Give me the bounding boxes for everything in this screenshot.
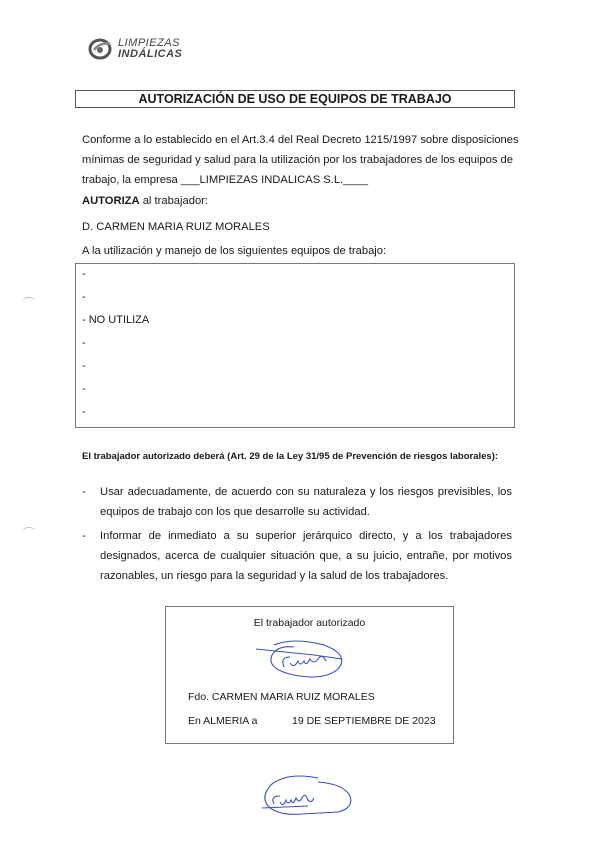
duty-text: Informar de inmediato a su superior jerá… bbox=[100, 526, 512, 586]
duty-dash: - bbox=[82, 526, 86, 546]
signed-by: Fdo. CARMEN MARIA RUIZ MORALES bbox=[188, 691, 375, 703]
equipment-item: - bbox=[82, 291, 86, 303]
equipment-item: - bbox=[82, 383, 86, 395]
equipment-intro: A la utilización y manejo de los siguien… bbox=[82, 245, 386, 257]
duty-dash: - bbox=[82, 482, 86, 502]
signature-date: 19 DE SEPTIEMBRE DE 2023 bbox=[292, 715, 436, 727]
company-logo: LIMPIEZAS INDÁLICAS bbox=[88, 38, 182, 60]
company-field: ___LIMPIEZAS INDALICAS S.L.____ bbox=[181, 174, 368, 186]
equipment-item: - bbox=[82, 360, 86, 372]
worker-name: D. CARMEN MARIA RUIZ MORALES bbox=[82, 221, 270, 233]
duty-item: - Informar de inmediato a su superior je… bbox=[82, 526, 512, 586]
logo-line2: INDÁLICAS bbox=[118, 49, 182, 60]
punch-hole bbox=[22, 297, 36, 306]
authorize-rest: al trabajador: bbox=[140, 195, 208, 207]
punch-hole bbox=[22, 527, 36, 536]
signature-box: El trabajador autorizado Fdo. CARMEN MAR… bbox=[165, 606, 454, 744]
signature-place: En ALMERIA a bbox=[188, 715, 257, 727]
authorize-line: AUTORIZA al trabajador: bbox=[82, 195, 208, 207]
signature-label: El trabajador autorizado bbox=[166, 617, 453, 629]
document-title: AUTORIZACIÓN DE USO DE EQUIPOS DE TRABAJ… bbox=[75, 90, 515, 108]
logo-swirl-icon bbox=[88, 38, 114, 60]
authorize-keyword: AUTORIZA bbox=[82, 195, 140, 207]
initial-signature-icon bbox=[258, 770, 358, 820]
equipment-item: - bbox=[82, 337, 86, 349]
duty-item: - Usar adecuadamente, de acuerdo con su … bbox=[82, 482, 512, 522]
equipment-item: - bbox=[82, 268, 86, 280]
duties-title: El trabajador autorizado deberá (Art. 29… bbox=[82, 451, 502, 462]
equipment-list-box: - - - NO UTILIZA - - - - bbox=[75, 263, 515, 428]
equipment-item: - NO UTILIZA bbox=[82, 314, 149, 326]
duty-text: Usar adecuadamente, de acuerdo con su na… bbox=[100, 482, 512, 522]
signature-icon bbox=[254, 637, 354, 681]
equipment-item: - bbox=[82, 406, 86, 418]
intro-paragraph: Conforme a lo establecido en el Art.3.4 … bbox=[82, 130, 522, 190]
